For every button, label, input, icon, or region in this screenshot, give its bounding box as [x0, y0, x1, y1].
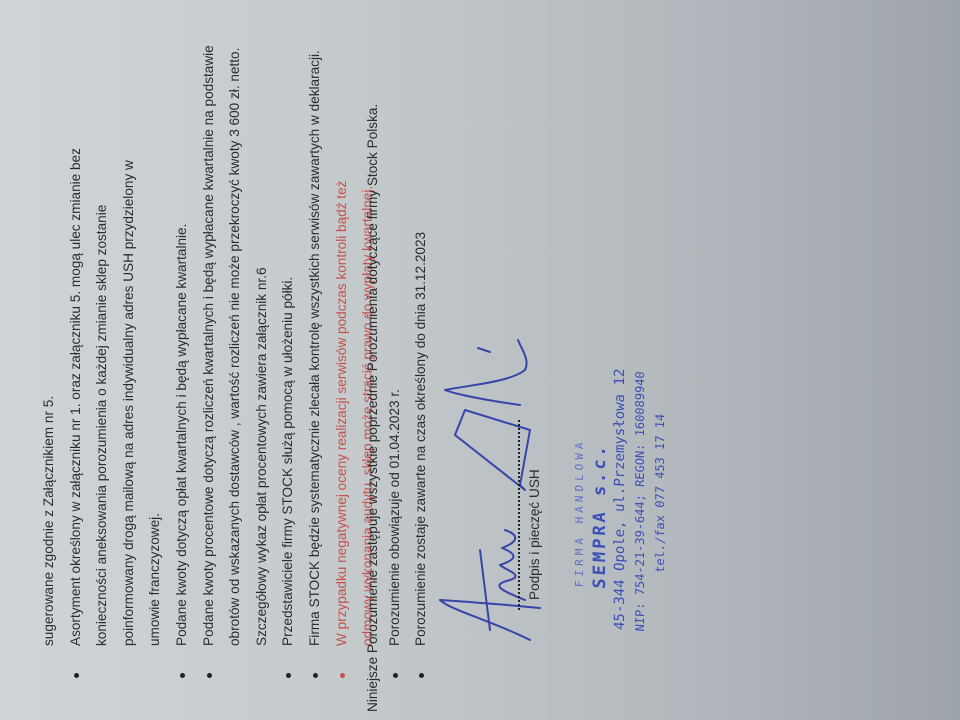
closing-statement: Niniejsze Porozumienie zastępuje wszystk…	[360, 104, 387, 712]
bullet-icon	[74, 673, 79, 678]
stamp-tax-ids: NIP: 754-21-39-644; REGON: 160089940	[630, 369, 650, 632]
stamp-company-name: SEMPRA s.c.	[590, 367, 610, 630]
term-line: konieczności aneksowania porozumienia o …	[89, 4, 116, 646]
stamp-phone: tel./fax 077 453 17 14	[650, 371, 670, 634]
bullet-icon	[313, 673, 318, 678]
term-line: Przedstawiciele firmy STOCK służą pomocą…	[275, 4, 302, 646]
bullet-icon	[419, 673, 424, 678]
term-line: Firma STOCK będzie systematycznie zlecał…	[302, 4, 329, 646]
term-item: Przedstawiciele firmy STOCK służą pomocą…	[275, 4, 302, 684]
bullet-icon	[340, 673, 345, 678]
bullet-icon	[180, 673, 185, 678]
term-line: Podane kwoty dotyczą opłat kwartalnych i…	[169, 4, 196, 646]
bullet-icon	[286, 673, 291, 678]
term-line: W przypadku negatywnej oceny realizacji …	[329, 4, 356, 646]
term-line: Podane kwoty procentowe dotyczą rozlicze…	[196, 4, 223, 646]
bullet-icon	[207, 673, 212, 678]
term-item: Podane kwoty dotyczą opłat kwartalnych i…	[169, 4, 196, 684]
signature-label: Podpis i pieczęć USH	[522, 469, 549, 600]
stamp-line-1: FIRMA HANDLOWA	[570, 365, 590, 628]
company-stamp: FIRMA HANDLOWA SEMPRA s.c. 45-344 Opole,…	[570, 365, 670, 633]
bullet-icon	[393, 673, 398, 678]
intro-line: sugerowane zgodnie z Załącznikiem nr 5.	[36, 4, 63, 684]
term-line: umowie franczyzowej.	[142, 4, 169, 646]
term-line: Asortyment określony w załączniku nr 1. …	[63, 4, 90, 646]
signature-block: Podpis i pieczęć USH FIRMA HANDLOWA SEMP…	[430, 300, 630, 720]
term-item: Firma STOCK będzie systematycznie zlecał…	[302, 4, 329, 684]
term-item: Asortyment określony w załączniku nr 1. …	[63, 4, 169, 684]
signature-line	[518, 420, 520, 610]
term-line: Szczegółowy wykaz opłat procentowych zaw…	[249, 4, 276, 646]
term-line: obrotów od wskazanych dostawców , wartoś…	[222, 4, 249, 646]
stamp-address: 45-344 Opole, ul.Przemysłowa 12	[610, 368, 630, 631]
term-item: Podane kwoty procentowe dotyczą rozlicze…	[196, 4, 276, 684]
term-line: poinformowany drogą mailową na adres ind…	[116, 4, 143, 646]
document-page: sugerowane zgodnie z Załącznikiem nr 5. …	[0, 0, 960, 720]
